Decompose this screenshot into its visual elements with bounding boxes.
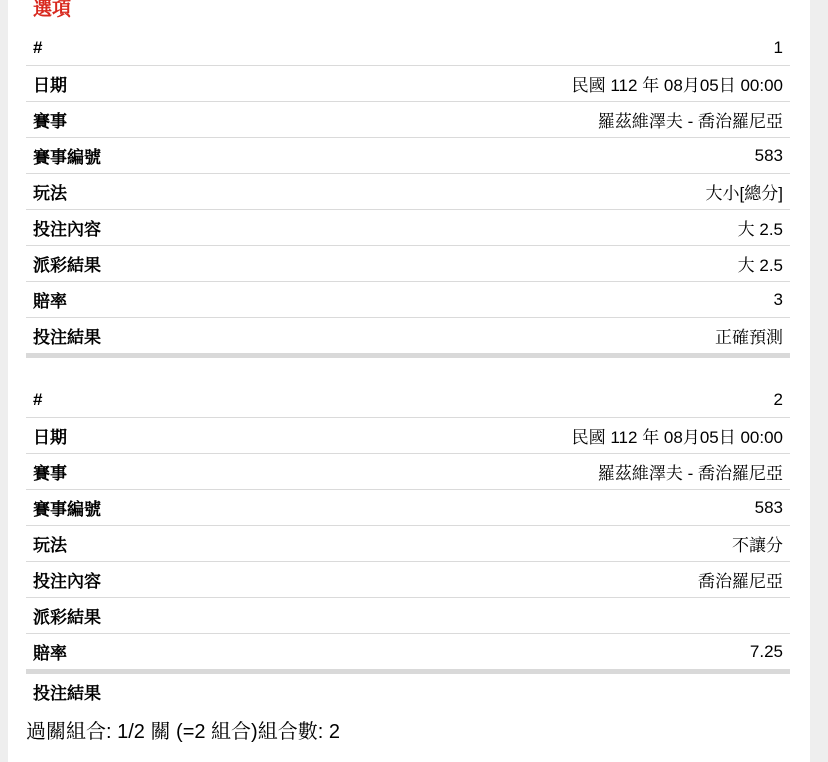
row-label: 派彩結果	[33, 251, 101, 276]
row-value: 大小[總分]	[706, 179, 783, 204]
row-label: 日期	[33, 423, 67, 448]
row-value: 583	[755, 498, 783, 518]
content-panel: 選項 #1日期民國 112 年 08月05日 00:00賽事羅茲維澤夫 - 喬治…	[8, 0, 810, 762]
row-label: 玩法	[33, 179, 67, 204]
row-value: 喬治羅尼亞	[698, 567, 783, 592]
table-row: 日期民國 112 年 08月05日 00:00	[26, 66, 790, 102]
row-value: 1	[774, 38, 783, 58]
table-row: 日期民國 112 年 08月05日 00:00	[26, 418, 790, 454]
table-row: 賽事羅茲維澤夫 - 喬治羅尼亞	[26, 102, 790, 138]
table-row: 賽事編號583	[26, 138, 790, 174]
row-label: 賠率	[33, 287, 67, 312]
bet-selection-table-1: #1日期民國 112 年 08月05日 00:00賽事羅茲維澤夫 - 喬治羅尼亞…	[26, 30, 790, 358]
row-value: 民國 112 年 08月05日 00:00	[572, 423, 783, 448]
parlay-summary: 過關組合: 1/2 關 (=2 組合)組合數: 2	[26, 717, 790, 747]
row-value: 羅茲維澤夫 - 喬治羅尼亞	[598, 107, 783, 132]
row-label: 賠率	[33, 639, 67, 664]
row-label: 派彩結果	[33, 603, 101, 628]
row-label: 賽事編號	[33, 143, 101, 168]
row-value: 3	[774, 290, 783, 310]
table-row: 投注結果正確預測	[26, 318, 790, 353]
row-label: 投注結果	[33, 679, 101, 704]
table-row: 賽事羅茲維澤夫 - 喬治羅尼亞	[26, 454, 790, 490]
table-row: 派彩結果大 2.5	[26, 246, 790, 282]
row-value: 不讓分	[732, 531, 783, 556]
table-bottom-divider	[26, 353, 790, 358]
row-value: 2	[774, 390, 783, 410]
row-value: 羅茲維澤夫 - 喬治羅尼亞	[598, 459, 783, 484]
row-label: 投注內容	[33, 567, 101, 592]
row-label: 投注結果	[33, 323, 101, 348]
table-row: 賠率7.25	[26, 634, 790, 669]
table-row: 玩法不讓分	[26, 526, 790, 562]
row-label: 賽事	[33, 107, 67, 132]
table-row: 投注內容大 2.5	[26, 210, 790, 246]
row-value: 7.25	[750, 642, 783, 662]
row-value: 大 2.5	[738, 251, 783, 276]
row-label: 日期	[33, 71, 67, 96]
row-value: 民國 112 年 08月05日 00:00	[572, 71, 783, 96]
row-label: #	[33, 390, 42, 410]
row-value: 正確預測	[715, 323, 783, 348]
table-row: 賽事編號583	[26, 490, 790, 526]
row-label: 賽事編號	[33, 495, 101, 520]
row-label: 投注內容	[33, 215, 101, 240]
row-label: #	[33, 38, 42, 58]
table-row: 賠率3	[26, 282, 790, 318]
table-row: 投注結果	[26, 674, 790, 709]
page-title: 選項	[33, 0, 790, 25]
bet-selection-table-2: #2日期民國 112 年 08月05日 00:00賽事羅茲維澤夫 - 喬治羅尼亞…	[26, 382, 790, 709]
table-row: 玩法大小[總分]	[26, 174, 790, 210]
row-label: 賽事	[33, 459, 67, 484]
table-row: #2	[26, 382, 790, 418]
table-row: 派彩結果	[26, 598, 790, 634]
table-row: 投注內容喬治羅尼亞	[26, 562, 790, 598]
row-value: 大 2.5	[738, 215, 783, 240]
table-row: #1	[26, 30, 790, 66]
row-value: 583	[755, 146, 783, 166]
row-label: 玩法	[33, 531, 67, 556]
